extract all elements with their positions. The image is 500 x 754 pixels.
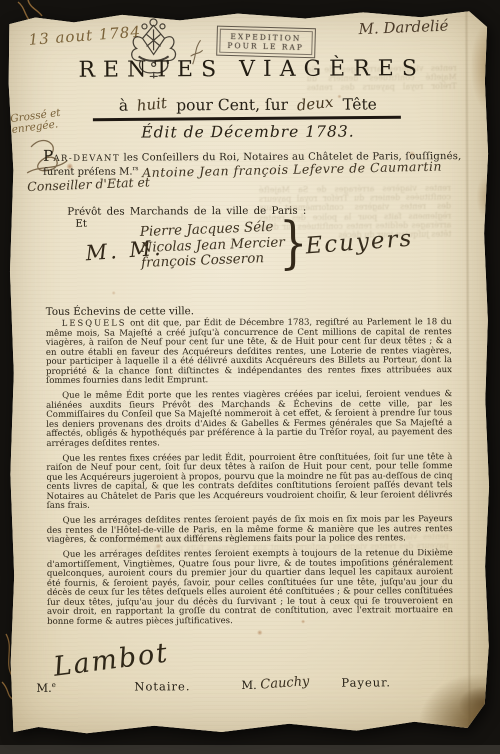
rate-suffix: Tête xyxy=(343,95,377,113)
paragraph-1-text: ont dit que, par Édit de Décembre 1783, … xyxy=(46,317,452,386)
et-label: Et xyxy=(75,218,87,230)
paper-sheet: rentes viagères arrérages de Sa Majeſté … xyxy=(6,9,491,735)
document-page: rentes viagères arrérages de Sa Majeſté … xyxy=(8,10,490,734)
rate-middle: pour Cent, ſur xyxy=(176,96,288,114)
payeur-label: Payeur. xyxy=(341,675,391,689)
document-title: RENTES VIAGÈRES xyxy=(7,56,489,83)
paragraph-4: Que les arrérages deſdites rentes ſeroie… xyxy=(47,515,453,545)
payer-signature: Cauchy xyxy=(260,674,310,693)
handwritten-recipient: M. Dardelié xyxy=(358,17,449,39)
maitre-label-text: M. xyxy=(36,681,51,695)
expedition-stamp-inner: EXPEDITION POUR LE RAP xyxy=(219,29,312,55)
edict-line: Édit de Décembre 1783. xyxy=(7,122,489,142)
intro-line2-sup: rs xyxy=(132,165,138,172)
echevins-line: Tous Échevins de cette ville. xyxy=(46,305,194,318)
signature-row: M.e Lambot Notaire. M. Cauchy Payeur. xyxy=(6,9,488,11)
paragraph-1: LESQUELS ont dit que, par Édit de Décemb… xyxy=(46,317,452,386)
monsieur-label: M. xyxy=(241,678,256,692)
horizontal-rule xyxy=(93,116,401,121)
notaire-label: Notaire. xyxy=(134,679,190,693)
body-text: LESQUELS ont dit que, par Édit de Décemb… xyxy=(46,317,453,632)
handwritten-heads: deux xyxy=(296,93,334,115)
paragraph-2: Que le même Édit porte que les rentes vi… xyxy=(46,390,452,449)
paragraph-1-lead: LESQUELS xyxy=(62,318,127,328)
expedition-stamp: EXPEDITION POUR LE RAP xyxy=(216,26,315,59)
provost-line: Prévôt des Marchands de la ville de Pari… xyxy=(67,205,306,218)
brace-glyph: } xyxy=(279,216,308,272)
paragraph-5: Que les arrérages deſdites rentes ſeroie… xyxy=(47,549,453,627)
notary-signature: Lambot xyxy=(52,637,171,682)
paragraph-3: Que les rentes fixes créées par ledit Éd… xyxy=(46,453,452,512)
rate-line: à huit pour Cent, ſur deux Tête xyxy=(7,95,489,115)
rate-prefix: à xyxy=(119,97,128,115)
stamp-line-2: POUR LE RAP xyxy=(227,41,304,52)
maitre-label: M.e xyxy=(36,681,56,695)
handwritten-rate: huit xyxy=(136,94,168,115)
handwritten-official-name: Antoine Jean françois Lefevre de Caumart… xyxy=(142,159,442,181)
table-edge xyxy=(0,745,500,754)
handwritten-names-list: Pierre Jacques Séle Nicolas Jean Mercier… xyxy=(140,219,286,271)
paper-crease xyxy=(464,9,471,733)
photograph-background: rentes viagères arrérages de Sa Majeſté … xyxy=(0,0,500,754)
